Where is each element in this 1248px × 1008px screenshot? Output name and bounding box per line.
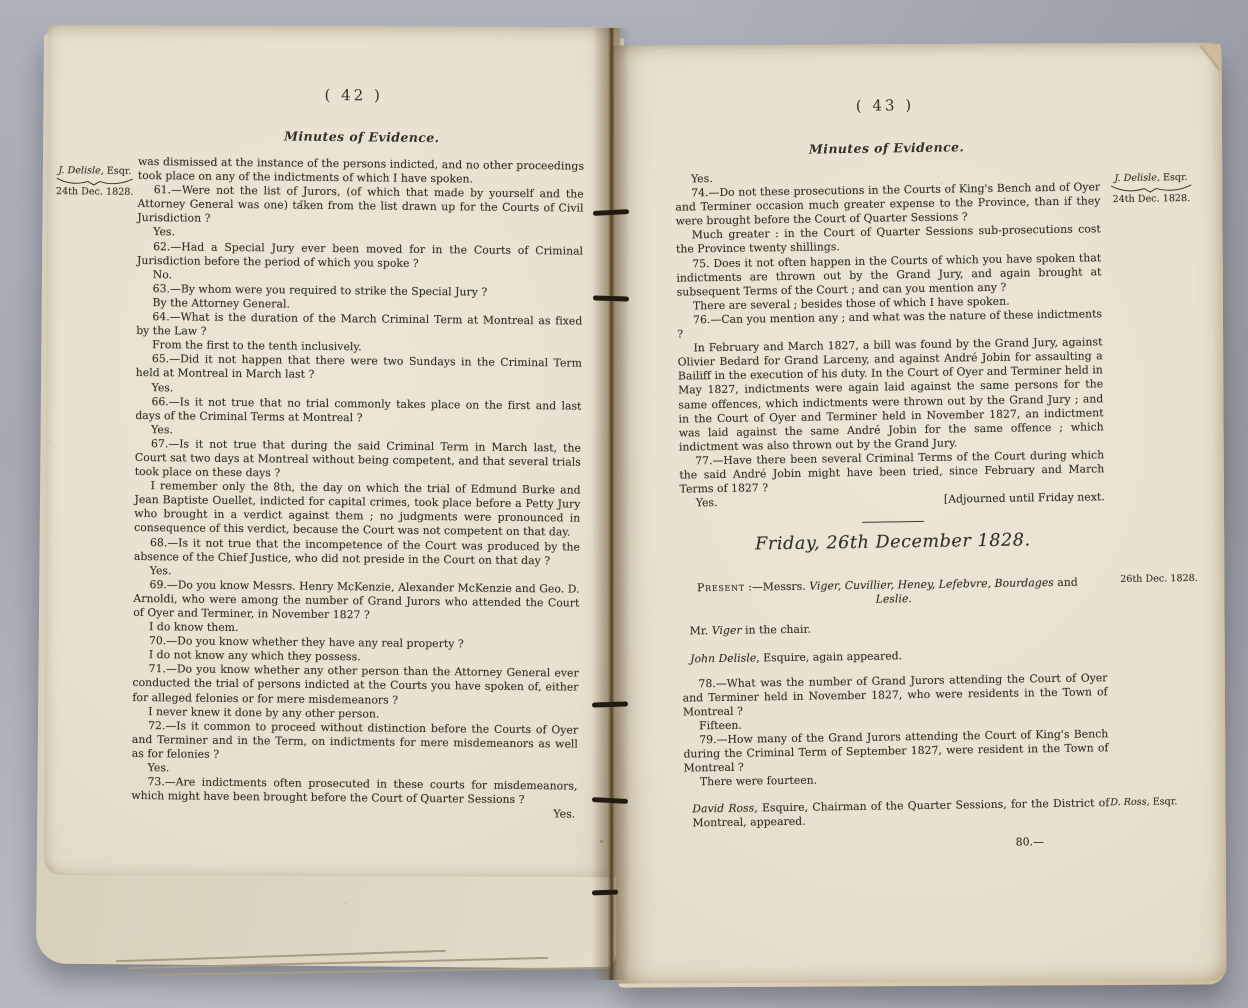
question-paragraph: 77.—Have there been several Criminal Ter… (679, 448, 1105, 497)
witness-esq: Esqr. (1160, 172, 1188, 183)
chair-line: Mr. Viger in the chair. (682, 619, 1107, 639)
question-paragraph: 71.—Do you know whether any other person… (132, 662, 578, 709)
text-run: and (1054, 576, 1078, 589)
witness-esq: Esqr. (1150, 796, 1178, 807)
question-paragraph: 79.—How many of the Grand Jurors attendi… (683, 727, 1109, 776)
appearance-line: David Ross, Esquire, Chairman of the Qua… (684, 797, 1109, 831)
question-paragraph: 61.—Were not the list of Jurors, (of whi… (137, 183, 583, 230)
right-page-content: ( 43 ) Minutes of Evidence. J. Delisle, … (607, 40, 1231, 987)
question-paragraph: 62.—Had a Special Jury ever been moved f… (137, 240, 583, 273)
question-paragraph: 72.—Is it common to proceed without dist… (132, 719, 578, 766)
session-date-heading: Friday, 26th December 1828. (680, 527, 1105, 557)
witness-name: D. Ross, (1110, 797, 1150, 809)
text-run: , Esquire, Chairman of the Quarter Sessi… (692, 797, 1109, 830)
underbrace-flourish-icon (55, 177, 135, 186)
question-paragraph: 75. Does it not often happen in the Cour… (676, 251, 1102, 300)
left-page-body: was dismissed at the instance of the per… (131, 155, 584, 822)
answer-paragraph: In February and March 1827, a bill was f… (677, 335, 1104, 454)
binding-stitch (592, 890, 618, 896)
appearance-line: John Delisle, Esquire, again appeared. (682, 646, 1107, 666)
margin-note-witness-ross: D. Ross, Esqr. (1110, 796, 1212, 810)
text-run: John Delisle (690, 651, 756, 665)
question-paragraph: 69.—Do you know Messrs. Henry McKenzie, … (133, 578, 579, 625)
left-page-content: ( 42 ) Minutes of Evidence. J. Delisle, … (42, 23, 623, 879)
question-paragraph: 67.—Is it not true that during the said … (135, 437, 581, 484)
book-photograph: ( 42 ) Minutes of Evidence. J. Delisle, … (0, 0, 1248, 1008)
page-number: ( 42 ) (68, 83, 640, 107)
text-run: Viger (712, 624, 742, 637)
witness-name: J. Delisle, (58, 165, 104, 176)
page-number: ( 43 ) (580, 92, 1190, 119)
text-run: Present (697, 581, 745, 595)
running-head: Minutes of Evidence. (139, 127, 584, 147)
adjournment-note: [Adjourned until Friday next. (944, 490, 1105, 506)
question-paragraph: 74.—Do not these prosecutions in the Cou… (675, 180, 1101, 229)
section-rule (862, 521, 924, 523)
witness-name: J. Delisle, (1114, 172, 1160, 184)
question-paragraph: 68.—Is it not true that the incompetence… (134, 535, 580, 568)
question-paragraph: 73.—Are indictments often prosecuted in … (131, 775, 577, 808)
answer-paragraph: I remember only the 8th, the day on whic… (134, 479, 581, 540)
answer-text: Yes. (680, 496, 718, 511)
margin-note-witness: J. Delisle, Esqr. 24th Dec. 1828. (53, 165, 137, 199)
text-run: Mr. (690, 625, 712, 638)
margin-note-date: 24th Dec. 1828. (1103, 193, 1199, 206)
text-run: Viger, Cuvillier, Heney, Lefebvre, Bourd… (809, 576, 1054, 593)
question-paragraph: 65.—Did it not happen that there were tw… (136, 352, 582, 385)
catchword: 80.— (685, 834, 1110, 854)
margin-note-date: 24th Dec. 1828. (53, 186, 137, 199)
margin-note-witness: J. Delisle, Esqr. 24th Dec. 1828. (1103, 172, 1199, 206)
question-paragraph: 78.—What was the number of Grand Jurors … (682, 671, 1108, 720)
margin-note-date-2: 26th Dec. 1828. (1111, 572, 1207, 586)
text-run: David Ross (692, 802, 754, 816)
paper-specks (300, 200, 303, 203)
witness-esq: Esqr. (104, 166, 132, 177)
right-page: ( 43 ) Minutes of Evidence. J. Delisle, … (612, 42, 1227, 983)
question-paragraph: 66.—Is it not true that no trial commonl… (135, 395, 581, 428)
underbrace-flourish-icon (1109, 184, 1193, 193)
right-page-body: Yes.74.—Do not these prosecutions in the… (675, 166, 1110, 854)
running-head: Minutes of Evidence. (674, 137, 1098, 158)
text-run: , Esquire, again appeared. (756, 649, 902, 664)
binding-gutter (592, 28, 630, 980)
left-page: ( 42 ) Minutes of Evidence. J. Delisle, … (44, 25, 620, 877)
text-run: :—Messrs. (745, 580, 810, 594)
text-run: in the chair. (742, 623, 812, 637)
